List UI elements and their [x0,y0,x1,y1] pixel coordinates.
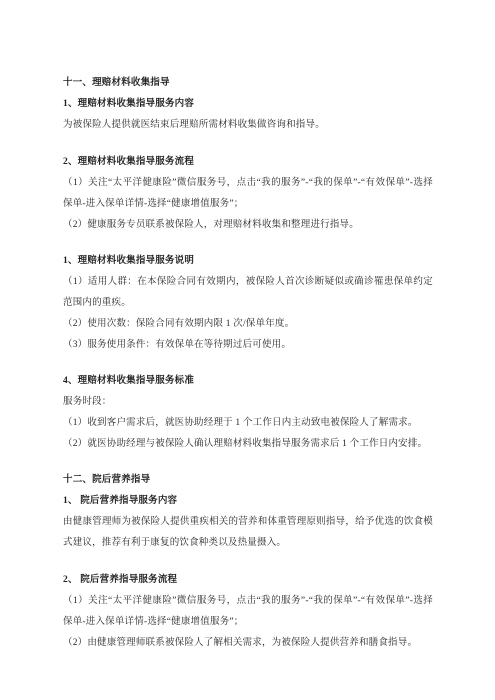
subsection-title-service-process: 2、理赔材料收集指导服务流程 [63,152,433,173]
subsection-title-service-standard: 4、理赔材料收集指导服务标准 [63,371,433,392]
paragraph-process-step-1: （1）关注“太平洋健康险”微信服务号，点击“我的服务”-“我的保单”-“有效保单… [63,173,433,215]
section-title-post-hospital-nutrition: 十二、院后营养指导 [63,470,433,491]
paragraph-description-item-3: （3）服务使用条件：有效保单在等待期过后可使用。 [63,335,433,356]
paragraph-nutrition-content: 由健康管理师为被保险人提供重疾相关的营养和体重管理原则指导，给予优选的饮食模式建… [63,512,433,554]
subsection-title-nutrition-process: 2、 院后营养指导服务流程 [63,570,433,591]
paragraph-service-content: 为被保险人提供就医结束后理赔所需材料收集做咨询和指导。 [63,115,433,136]
paragraph-description-item-1: （1）适用人群：在本保险合同有效期内，被保险人首次诊断疑似或确诊罹患保单约定范围… [63,272,433,314]
paragraph-process-step-2: （2）健康服务专员联系被保险人，对理赔材料收集和整理进行指导。 [63,215,433,236]
subsection-title-nutrition-content: 1、 院后营养指导服务内容 [63,491,433,512]
paragraph-service-period-label: 服务时段： [63,392,433,413]
paragraph-nutrition-process-step-2: （2）由健康管理师联系被保险人了解相关需求，为被保险人提供营养和膳食指导。 [63,633,433,654]
paragraph-nutrition-process-step-1: （1）关注“太平洋健康险”微信服务号，点击“我的服务”-“我的保单”-“有效保单… [63,591,433,633]
paragraph-standard-item-2: （2）就医协助经理与被保险人确认理赔材料收集指导服务需求后 1 个工作日内安排。 [63,434,433,455]
paragraph-standard-item-1: （1）收到客户需求后，就医协助经理于 1 个工作日内主动致电被保险人了解需求。 [63,413,433,434]
section-title-claim-material-guidance: 十一、理赔材料收集指导 [63,73,433,94]
subsection-title-service-description: 1、理赔材料收集指导服务说明 [63,251,433,272]
paragraph-description-item-2: （2）使用次数：保险合同有效期内限 1 次/保单年度。 [63,314,433,335]
document-page: 十一、理赔材料收集指导 1、理赔材料收集指导服务内容 为被保险人提供就医结束后理… [0,0,495,700]
subsection-title-service-content: 1、理赔材料收集指导服务内容 [63,94,433,115]
